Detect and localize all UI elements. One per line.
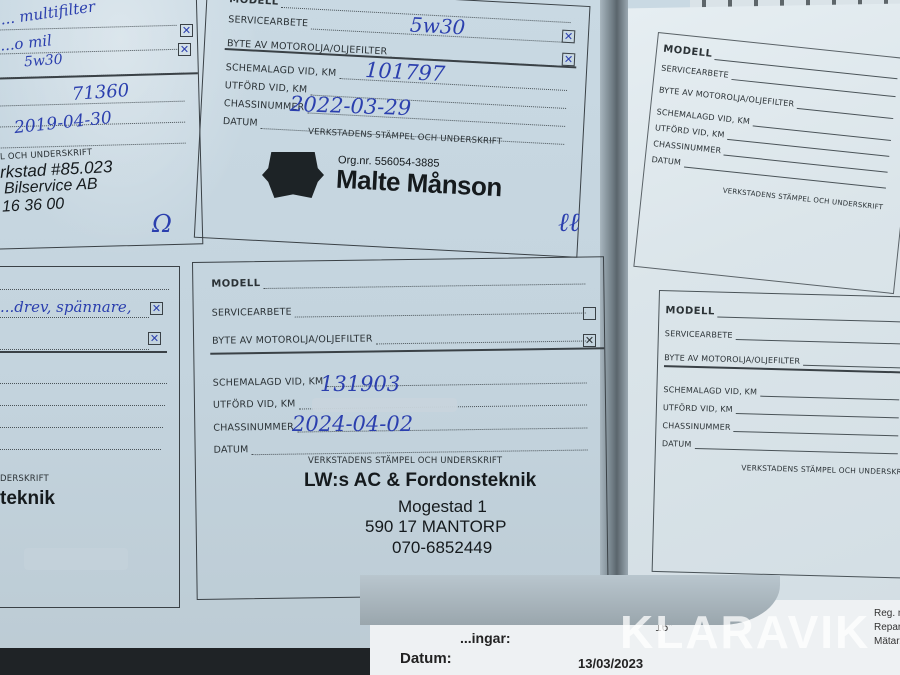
receipt-right-label: Mätar... — [874, 636, 900, 647]
servicearbete-checkbox[interactable]: ✕ — [150, 302, 163, 315]
schemalagd-label: SCHEMALAGD VID, KM — [663, 385, 757, 396]
handwritten-note-line3: 5w30 — [23, 52, 63, 71]
table-surface — [0, 648, 372, 675]
receipt-datum-label: Datum: — [400, 650, 452, 667]
stamp-phone: 070-6852449 — [392, 538, 492, 558]
receipt-right-label: Reg. nr — [874, 608, 900, 619]
receipt-label: ...ingar: — [460, 630, 511, 646]
stamp-caption: VERKSTADENS STÄMPEL OCH UNDERSKRIFT — [722, 187, 883, 212]
byte-label: BYTE AV MOTOROLJA/OLJEFILTER — [212, 333, 373, 346]
datum-value: 2024-04-02 — [292, 412, 413, 436]
schemalagd-label: SCHEMALAGD VID, KM — [656, 107, 750, 126]
stamp-address: Mogestad 1 — [398, 497, 487, 517]
servicearbete-label: SERVICEARBETE — [212, 307, 292, 319]
datum-label: DATUM — [651, 155, 681, 167]
stamp-caption: DERSKRIFT — [0, 474, 49, 484]
receipt-right-label: Repara... — [874, 622, 900, 633]
servicearbete-checkbox[interactable] — [583, 307, 596, 320]
signature: Ω — [152, 210, 172, 238]
chassinummer-redacted — [312, 398, 457, 412]
byte-label: BYTE AV MOTOROLJA/OLJEFILTER — [664, 353, 800, 366]
servicearbete-label: SERVICEARBETE — [661, 64, 729, 80]
servicearbete-checkbox[interactable]: ✕ — [562, 30, 576, 44]
klaravik-watermark: KLARAVIK — [620, 605, 870, 659]
stamp-line: 16 36 00 — [2, 195, 65, 216]
chassinummer-label: CHASSINUMMER — [653, 139, 722, 155]
faded-stamp — [24, 548, 128, 570]
chassinummer-label: CHASSINUMMER — [213, 422, 294, 434]
schemalagd-label: SCHEMALAGD VID, KM — [213, 376, 324, 389]
byte-checkbox[interactable]: ✕ — [562, 53, 576, 67]
byte-checkbox[interactable]: ✕ — [583, 334, 596, 347]
stamp-company: LW:s AC & Fordonsteknik — [304, 470, 536, 492]
byte-checkbox[interactable]: ✕ — [178, 43, 191, 56]
datum-label: DATUM — [662, 439, 692, 449]
signature: ℓℓ — [558, 208, 580, 238]
stamp-postal: 590 17 MANTORP — [365, 517, 506, 537]
stamp-line: teknik — [0, 488, 55, 510]
stamp-caption: VERKSTADENS STÄMPEL OCH UNDERSKRIFT — [308, 456, 502, 466]
service-entry-right-bottom: MODELL SERVICEARBETE BYTE AV MOTOROLJA/O… — [652, 290, 900, 579]
servicearbete-label: SERVICEARBETE — [228, 14, 309, 29]
schemalagd-label: SCHEMALAGD VID, KM — [225, 62, 336, 79]
servicearbete-checkbox[interactable]: ✕ — [180, 24, 193, 37]
modell-label: MODELL — [665, 305, 715, 317]
service-entry-top-center: MODELL SERVICEARBETE BYTE AV MOTOROLJA/O… — [194, 0, 591, 258]
utford-km-value: 131903 — [320, 372, 400, 396]
datum-label: DATUM — [214, 444, 249, 455]
servicearbete-note: 5w30 — [409, 13, 465, 40]
modell-label: MODELL — [229, 0, 279, 8]
servicearbete-note: ...drev, spännare, — [0, 298, 132, 316]
stamp-caption: VERKSTADENS STÄMPEL OCH UNDERSKRIFT — [741, 463, 900, 477]
datum-value: 2022-03-29 — [290, 92, 412, 120]
chassinummer-label: CHASSINUMMER — [662, 421, 730, 432]
service-entry-right-top: MODELL SERVICEARBETE BYTE AV MOTOROLJA/O… — [633, 32, 900, 294]
byte-checkbox[interactable]: ✕ — [148, 332, 161, 345]
modell-label: MODELL — [211, 278, 260, 290]
servicearbete-label: SERVICEARBETE — [665, 329, 733, 340]
utford-km-value: 101797 — [364, 58, 445, 86]
byte-label: BYTE AV MOTOROLJA/OLJEFILTER — [658, 85, 794, 108]
utford-label: UTFÖRD VID, KM — [655, 123, 725, 139]
utford-km-value: 71360 — [71, 80, 130, 105]
modell-label: MODELL — [663, 44, 713, 60]
utford-label: UTFÖRD VID, KM — [663, 403, 733, 414]
datum-label: DATUM — [223, 116, 258, 129]
utford-label: UTFÖRD VID, KM — [213, 399, 296, 411]
